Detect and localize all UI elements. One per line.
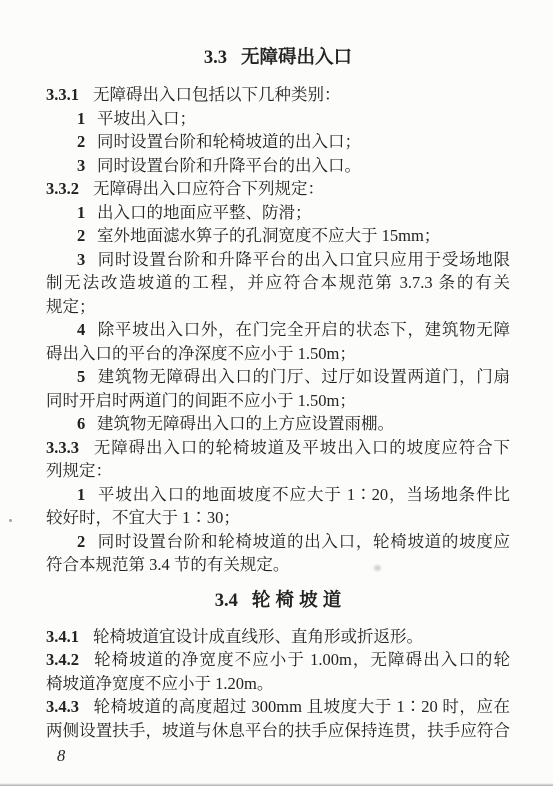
line-number: 1 (77, 107, 97, 131)
sub-item-line: 2同时设置台阶和轮椅坡道的出入口，轮椅坡道的坡度应 (46, 530, 510, 554)
line-text: 除平坡出入口外，在门完全开启的状态下，建筑物无障 (97, 320, 510, 339)
continuation-line: 制无法改造坡道的工程，并应符合本规范第 3.7.3 条的有关 (46, 271, 510, 295)
continuation-line: 规定； (46, 295, 510, 319)
continuation-line: 椅坡道净宽度不应小于 1.20m。 (46, 672, 510, 696)
line-text: 规定； (46, 297, 96, 316)
line-text: 制无法改造坡道的工程，并应符合本规范第 3.7.3 条的有关 (46, 273, 510, 292)
sub-item-line: 1平坡出入口的地面坡度不应大于 1∶20，当场地条件比 (46, 483, 510, 507)
line-text: 建筑物无障碍出入口的门厅、过厅如设置两道门，门扇 (97, 367, 510, 386)
line-text: 较好时，不宜大于 1∶30； (46, 508, 240, 527)
line-text: 同时设置台阶和轮椅坡道的出入口，轮椅坡道的坡度应 (97, 532, 510, 551)
line-text: 轮 椅 坡 道 (252, 589, 341, 610)
line-text: 平坡出入口； (97, 109, 196, 128)
line-number: 1 (77, 201, 97, 225)
sub-item-line: 2室外地面滤水箅子的孔洞宽度不应大于 15mm； (46, 224, 510, 248)
line-number: 3.4.3 (46, 695, 93, 719)
clause-line: 3.3.3无障碍出入口的轮椅坡道及平坡出入口的坡度应符合下 (46, 436, 510, 460)
line-number: 3.4.1 (46, 625, 93, 649)
clause-line: 3.3.2无障碍出入口应符合下列规定： (46, 177, 510, 201)
line-text: 无障碍出入口应符合下列规定： (93, 179, 324, 198)
clause-line: 3.3.1无障碍出入口包括以下几种类别： (46, 83, 510, 107)
line-number: 3.3 (204, 45, 227, 71)
line-number: 2 (77, 530, 97, 554)
sub-item-line: 2同时设置台阶和轮椅坡道的出入口； (46, 130, 510, 154)
continuation-line: 同时开启时两道门的间距不应小于 1.50m； (46, 389, 510, 413)
sub-item-line: 3同时设置台阶和升降平台的出入口。 (46, 154, 510, 178)
sub-item-line: 3同时设置台阶和升降平台的出入口宜只应用于受场地限 (46, 248, 510, 272)
line-text: 两侧设置扶手，坡道与休息平台的扶手应保持连贯，扶手应符合 (46, 721, 510, 740)
continuation-line: 较好时，不宜大于 1∶30； (46, 506, 510, 530)
sub-item-line: 1出入口的地面应平整、防滑； (46, 201, 510, 225)
line-text: 轮椅坡道的高度超过 300mm 且坡度大于 1∶20 时，应在 (93, 697, 510, 716)
line-text: 轮椅坡道的净宽度不应小于 1.00m，无障碍出入口的轮 (93, 650, 510, 669)
clause-line: 3.4.1轮椅坡道宜设计成直线形、直角形或折返形。 (46, 625, 510, 649)
line-number: 2 (77, 224, 97, 248)
line-number: 1 (77, 483, 97, 507)
continuation-line: 列规定： (46, 459, 510, 483)
continuation-line: 两侧设置扶手，坡道与休息平台的扶手应保持连贯，扶手应符合 (46, 719, 510, 743)
clause-line: 3.4.3轮椅坡道的高度超过 300mm 且坡度大于 1∶20 时，应在 (46, 695, 510, 719)
scan-speck-left-margin (9, 519, 12, 522)
line-number: 3 (77, 248, 97, 272)
line-text: 无障碍出入口的轮椅坡道及平坡出入口的坡度应符合下 (93, 438, 510, 457)
continuation-line: 碍出入口的平台的净深度不应小于 1.50m； (46, 342, 510, 366)
line-text: 无障碍出入口 (241, 46, 352, 67)
line-text: 列规定： (46, 461, 112, 480)
line-text: 同时设置台阶和轮椅坡道的出入口； (97, 132, 361, 151)
section-heading: 3.4轮 椅 坡 道 (46, 587, 510, 614)
line-text: 建筑物无障碍出入口的上方应设置雨棚。 (97, 414, 394, 433)
line-text: 轮椅坡道宜设计成直线形、直角形或折返形。 (93, 627, 423, 646)
line-text: 同时设置台阶和升降平台的出入口宜只应用于受场地限 (97, 250, 510, 269)
line-text: 符合本规范第 3.4 节的有关规定。 (46, 555, 289, 574)
page-content: 3.3无障碍出入口3.3.1无障碍出入口包括以下几种类别：1平坡出入口；2同时设… (46, 44, 510, 742)
sub-item-line: 4除平坡出入口外，在门完全开启的状态下，建筑物无障 (46, 318, 510, 342)
line-text: 室外地面滤水箅子的孔洞宽度不应大于 15mm； (97, 226, 440, 245)
line-number: 3.3.3 (46, 436, 93, 460)
document-page: 3.3无障碍出入口3.3.1无障碍出入口包括以下几种类别：1平坡出入口；2同时设… (0, 0, 553, 786)
line-text: 出入口的地面应平整、防滑； (97, 203, 312, 222)
clause-line: 3.4.2轮椅坡道的净宽度不应小于 1.00m，无障碍出入口的轮 (46, 648, 510, 672)
line-number: 3.4 (215, 588, 238, 614)
line-number: 4 (77, 318, 97, 342)
line-number: 5 (77, 365, 97, 389)
line-text: 椅坡道净宽度不应小于 1.20m。 (46, 674, 273, 693)
sub-item-line: 6建筑物无障碍出入口的上方应设置雨棚。 (46, 412, 510, 436)
sub-item-line: 5建筑物无障碍出入口的门厅、过厅如设置两道门，门扇 (46, 365, 510, 389)
line-text: 同时设置台阶和升降平台的出入口。 (97, 156, 361, 175)
continuation-line: 符合本规范第 3.4 节的有关规定。 (46, 553, 510, 577)
line-number: 6 (77, 412, 97, 436)
line-number: 3.3.2 (46, 177, 93, 201)
page-number: 8 (57, 745, 65, 767)
line-text: 碍出入口的平台的净深度不应小于 1.50m； (46, 344, 356, 363)
line-number: 3.4.2 (46, 648, 93, 672)
line-text: 无障碍出入口包括以下几种类别： (93, 85, 341, 104)
line-number: 2 (77, 130, 97, 154)
line-number: 3 (77, 154, 97, 178)
section-heading: 3.3无障碍出入口 (46, 44, 510, 71)
scan-smudge (374, 565, 381, 571)
line-text: 平坡出入口的地面坡度不应大于 1∶20，当场地条件比 (97, 485, 510, 504)
line-text: 同时开启时两道门的间距不应小于 1.50m； (46, 391, 356, 410)
line-number: 3.3.1 (46, 83, 93, 107)
sub-item-line: 1平坡出入口； (46, 107, 510, 131)
